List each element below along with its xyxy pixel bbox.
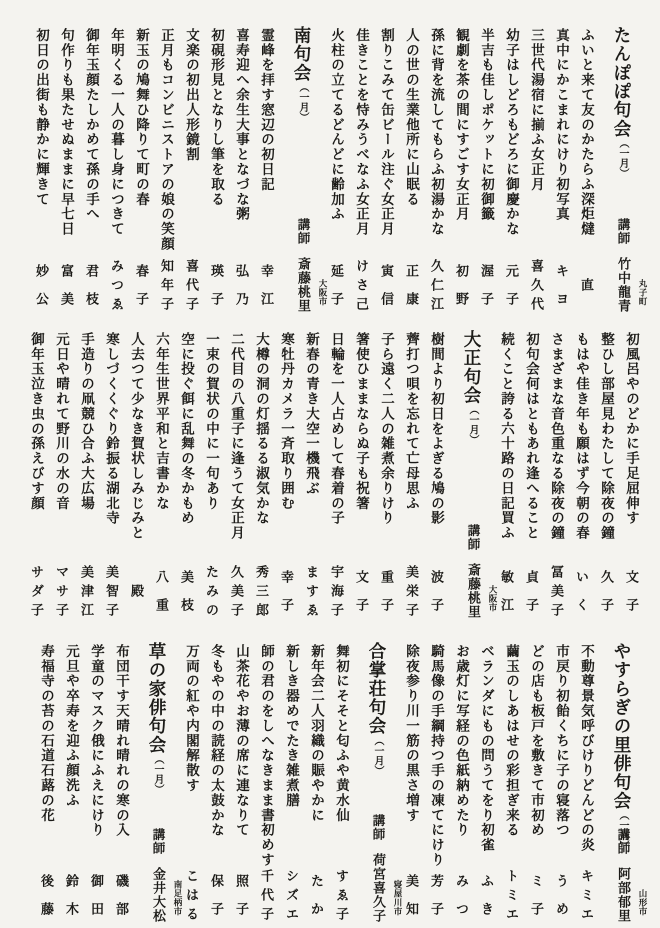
author-char: 芳 [424,874,449,887]
author-char: け [349,259,374,272]
author-name: うめ [549,866,574,923]
author-char: キ [549,264,574,277]
author-char: 子 [499,292,524,305]
author-name: たか [304,866,329,923]
author-name: キミエ [574,866,599,923]
teacher-gap [473,551,474,563]
author-char: み [449,874,474,887]
author-char: 子 [49,603,74,616]
author-char: 子 [224,603,249,616]
author-char: 枝 [79,292,104,305]
author-name: みつ [449,866,474,923]
author-char: 子 [204,292,229,305]
author-char: 直 [574,278,599,291]
month-label: （一月） [152,754,163,794]
author-name: 殿 [124,562,149,619]
haiku-column: 大樽の洞の灯揺るる淑気かな秀三郎 [249,330,274,620]
author-char: 美 [54,292,79,305]
haiku-column: 続くこと誇る六十路の日記買ふ敏江 [494,330,519,620]
author-char: 子 [374,598,399,611]
author-char: 敏 [494,570,519,583]
haiku-column: 冬もやの中の読経の太鼓かな保子 [204,642,229,924]
author-name: 後藤 [34,866,59,923]
author-name: ミ子 [524,866,549,923]
author-char: 富 [54,264,79,277]
author-char: み [199,584,224,597]
club-name: 合掌荘句会（一月） [363,642,391,776]
author-char: 智 [99,584,124,597]
teacher-gap [623,245,624,257]
author-name: けさ己 [349,256,374,313]
club-name: たんぽぽ句会（一月） [608,26,636,178]
club-name: 大正句会（一月） [458,330,486,445]
author-char: 久 [224,565,249,578]
haiku-column: 騎馬像の手綱持つ手の凍てにけり芳子 [424,642,449,924]
band-top: たんぽぽ句会（一月）講師竹中龍青丸子町ふいと来て友のかたらふ深炬燵直真中にかこま… [10,26,644,314]
author-name: 保子 [204,866,229,923]
haiku-column: 文楽の初出人形鏡割喜代子 [179,26,204,314]
section-header: 草の家俳句会（一月）講師金井大松南足柄市 [134,642,179,924]
author-char: 子 [619,598,644,611]
teacher-label: 講師 [296,218,310,245]
author-name: 千代子 [254,866,279,923]
author-char: め [549,902,574,915]
haiku-column: 半吉も佳しポケットに初御籤渥子 [474,26,499,314]
haiku-column: さまざまな音色重なる除夜の鐘冨美子 [544,330,569,620]
haiku-column: 六年生世界平和と吉書かな八重 [149,330,174,620]
author-char: ゑ [104,297,129,310]
author-char: 代 [179,278,204,291]
haiku-column: もはや佳き年も願はず今朝の春いく [569,330,594,620]
author-char: キ [574,869,599,882]
author-char: 子 [544,603,569,616]
haiku-column: 山茶花やお薄の席に連なりて照子 [229,642,254,924]
haiku-column: 人の世の生業他所に山眠る正康 [399,26,424,314]
author-name: 元子 [499,256,524,313]
haiku-column: 火柱の立てるどんどに齢加ふ延子 [324,26,349,314]
teacher-gap [303,245,304,257]
author-char: 栄 [399,584,424,597]
section-header: やすらぎの里俳句会（一月）講師阿部郁里山形市 [599,642,644,924]
author-char: 木 [59,902,84,915]
author-char: ヨ [549,292,574,305]
author-char: 三 [249,584,274,597]
haiku-column: 初句会何はともあれ逢へること貞子 [519,330,544,620]
author-char: ズ [279,888,304,901]
author-char: 子 [524,902,549,915]
author-name: 春子 [129,256,154,313]
teacher-name: 阿部郁里 [616,867,631,923]
haiku-column: 寿福寺の苔の石道石蕗の花後藤 [34,642,59,924]
haiku-column: どの店も板戸を敷きて市初めミ子 [524,642,549,924]
month-label: （一月） [467,405,478,445]
teacher-name: 竹中龍青 [616,257,631,313]
haiku-column: 二代目の八重子に逢うて女正月久美子 [224,330,249,620]
author-char: 公 [29,292,54,305]
haiku-column: 市戻り初飴くちに子の寝落つうめ [549,642,574,924]
teacher-name: 斎藤桃里 [296,257,311,313]
author-char: サ [49,584,74,597]
author-name: 知年子 [154,256,179,313]
location-label: 大阪市 [318,279,327,306]
author-char: 信 [374,292,399,305]
haiku-column: 元旦や卒寿を迎ふ顔洗ふ鈴木 [59,642,84,924]
location-label: 山形市 [638,889,647,916]
haiku-column: ふいと来て友のかたらふ深炬燵直 [574,26,599,314]
author-char: 江 [424,297,449,310]
haiku-column: 一束の賀状の中に一句ありたみの [199,330,224,620]
author-char: ミ [574,888,599,901]
author-name: 幸子 [274,562,299,619]
author-char: 田 [84,902,109,915]
author-name: 美津江 [74,562,99,619]
haiku-column: 喜寿迎へ余生大事となづな粥弘乃 [229,26,254,314]
teacher-name: 斎藤桃里 [466,563,481,619]
author-char: 代 [254,888,279,901]
author-name: マサ子 [49,562,74,619]
haiku-column: 子ら遠く二人の雑煮余りけり重子 [374,330,399,620]
author-char: 郎 [249,603,274,616]
author-name: ふき [474,866,499,923]
author-char: 喜 [524,259,549,272]
author-char: 乃 [229,292,254,305]
author-char: 枝 [174,598,199,611]
author-char: 久 [524,278,549,291]
teacher-line: 講師荷宮喜久子 [368,814,388,923]
teacher-label: 講師 [151,828,165,855]
teacher-line: 講師斎藤桃里 [293,218,313,313]
haiku-column: 御年玉泣き虫の孫えびす顔サダ子 [24,330,49,620]
author-char: ト [499,869,524,882]
newsletter-page: たんぽぽ句会（一月）講師竹中龍青丸子町ふいと来て友のかたらふ深炬燵直真中にかこま… [0,0,660,928]
author-name: 寅信 [374,256,399,313]
author-name: 幸江 [254,256,279,313]
author-name: 正康 [399,256,424,313]
author-char: 文 [619,570,644,583]
author-char: エ [574,907,599,920]
author-char: 子 [324,603,349,616]
author-name: 喜久代 [524,256,549,313]
author-char: 初 [449,264,474,277]
haiku-column: 元日や晴れて野川の水の音マサ子 [49,330,74,620]
location-label: 丸子町 [638,279,647,306]
author-char: 子 [274,598,299,611]
haiku-column: 三世代湯宿に揃ふ女正月喜久代 [524,26,549,314]
author-char: 仁 [424,278,449,291]
haiku-column: 寒牡丹カメラ一斉取り囲む幸子 [274,330,299,620]
location-label: 寝屋川市 [393,880,402,916]
author-name: 瑛子 [204,256,229,313]
author-char: 鈴 [59,874,84,887]
author-char: ダ [24,584,49,597]
haiku-column: 句作りも果たせぬままに早七日富美 [54,26,79,314]
author-char: さ [349,278,374,291]
author-char: 子 [399,603,424,616]
section-header: たんぽぽ句会（一月）講師竹中龍青丸子町 [599,26,644,314]
author-name: 渥子 [474,256,499,313]
haiku-column: 空に投ぐ餌に乱舞の冬かもめ美枝 [174,330,199,620]
author-char: 幸 [274,570,299,583]
author-char: 己 [349,297,374,310]
location-label: 大阪市 [488,585,497,612]
author-char: ふ [474,874,499,887]
author-name: 重子 [374,562,399,619]
author-name: 貞子 [519,562,544,619]
author-char: た [304,874,329,887]
author-char: シ [279,869,304,882]
haiku-column: 師の君のをしへなきまま書初めす千代子 [254,642,279,924]
haiku-column: 新しき器めでたき雑煮膳シズエ [279,642,304,924]
author-char: ゑ [329,888,354,901]
author-char: 秀 [249,565,274,578]
author-char: す [329,869,354,882]
author-char: 子 [24,603,49,616]
teacher-gap [623,855,624,867]
author-name: 宇海子 [324,562,349,619]
author-char: 代 [524,297,549,310]
author-char: 殿 [124,584,149,597]
author-name: 弘乃 [229,256,254,313]
haiku-column: 学童のマスク俄にふえにけり御田 [84,642,109,924]
teacher-gap [378,841,379,853]
author-name: ますゑ [299,562,324,619]
author-char: 子 [474,292,499,305]
author-char: 後 [34,874,59,887]
author-name: 八重 [149,562,174,619]
haiku-column: 寒しづくくぐり鈴振る湖北寺美智子 [99,330,124,620]
author-char: つ [104,278,129,291]
teacher-line: 講師斎藤桃里 [463,524,483,619]
author-char: 部 [109,902,134,915]
author-char: た [199,565,224,578]
author-char: 瑛 [204,264,229,277]
author-char: 春 [129,264,154,277]
haiku-column: 初風呂やのどかに手足屈伸す文子 [619,330,644,620]
author-name: 冨美子 [544,562,569,619]
author-char: き [474,902,499,915]
author-char: 保 [204,874,229,887]
haiku-column: 人去つて少なき賀状しみじみと殿 [124,330,149,620]
author-char: 久 [594,570,619,583]
author-char: う [549,874,574,887]
author-name: 直 [574,256,599,313]
author-char: 子 [179,297,204,310]
author-char: サ [24,565,49,578]
author-char: 冨 [544,565,569,578]
author-char: 津 [74,584,99,597]
teacher-line: 講師阿部郁里 [613,828,633,923]
section-header: 大正句会（一月）講師斎藤桃里大阪市 [449,330,494,620]
author-char: 子 [329,907,354,920]
haiku-column: 新年会二人羽織の賑やかにたか [304,642,329,924]
author-char: 子 [154,297,179,310]
haiku-column: 観劇を茶の間にすごす女正月初野 [449,26,474,314]
author-char: 子 [99,603,124,616]
author-name: トミエ [499,866,524,923]
club-name: やすらぎの里俳句会（一月） [608,642,636,850]
author-char: 美 [399,565,424,578]
author-char: す [299,584,324,597]
author-name: 美智子 [99,562,124,619]
author-char: 藤 [34,902,59,915]
author-char: 元 [499,264,524,277]
author-char: 康 [399,292,424,305]
author-name: 妙公 [29,256,54,313]
author-name: 鈴木 [59,866,84,923]
haiku-column: ベランダにもの問うてをり初雀ふき [474,642,499,924]
teacher-name: 金井大松 [151,867,166,923]
teacher-label: 講師 [466,524,480,551]
author-name: たみの [199,562,224,619]
author-name: キヨ [549,256,574,313]
author-name: 文子 [349,562,374,619]
author-char: 子 [349,598,374,611]
author-char: エ [499,907,524,920]
author-name: 御田 [84,866,109,923]
author-char: 重 [374,570,399,583]
author-name: 久仁江 [424,256,449,313]
haiku-column: お歳灯に写経の色紙納めたりみつ [449,642,474,924]
author-char: み [104,259,129,272]
haiku-column: 幼子はしどろもどろに御慶かな元子 [499,26,524,314]
author-name: 秀三郎 [249,562,274,619]
month-label: （一月） [297,82,308,122]
author-char: 江 [254,292,279,305]
author-char: 延 [324,264,349,277]
author-char: ま [299,565,324,578]
author-char: 子 [519,598,544,611]
teacher-name: 荷宮喜久子 [371,853,386,923]
author-char: 子 [424,902,449,915]
teacher-line: 講師金井大松 [148,828,168,923]
author-char: 御 [84,874,109,887]
author-name: 磯部 [109,866,134,923]
author-char: 子 [594,598,619,611]
author-char: ミ [499,888,524,901]
club-name: 南句会（一月） [288,26,316,122]
author-name: 君枝 [79,256,104,313]
author-char: 幸 [254,264,279,277]
author-char: 野 [449,292,474,305]
author-char: く [569,598,594,611]
author-char: い [569,570,594,583]
haiku-column: 御年玉顔たしかめて孫の手へ君枝 [79,26,104,314]
author-char: つ [449,902,474,915]
author-name: 久美子 [224,562,249,619]
author-name: 文子 [619,562,644,619]
haiku-column: 整ひし部屋見わたして除夜の鐘久子 [594,330,619,620]
author-char: 渥 [474,264,499,277]
location-label: 南足柄市 [173,880,182,916]
author-char: 千 [254,869,279,882]
band-bottom: やすらぎの里俳句会（一月）講師阿部郁里山形市不動尊景気呼びけりどんどの炎キミエ市… [10,642,644,924]
author-name: 波子 [424,562,449,619]
author-char: 照 [229,874,254,887]
author-name: サダ子 [24,562,49,619]
haiku-column: 正月もコンビニストアの娘の笑顔知年子 [154,26,179,314]
teacher-label: 講師 [616,828,630,855]
section-header: 合掌荘句会（一月）講師荷宮喜久子寝屋川市 [354,642,399,924]
author-name: みつゑ [104,256,129,313]
haiku-column: 繭玉のしあはせの彩担ぎ来るトミエ [499,642,524,924]
teacher-gap [158,855,159,867]
author-char: 妙 [29,264,54,277]
author-char: ゑ [299,603,324,616]
author-name: 照子 [229,866,254,923]
author-char: 子 [424,598,449,611]
haiku-column: 割りこみて缶ビール注ぐ女正月寅信 [374,26,399,314]
author-name: いく [569,562,594,619]
author-char: の [199,603,224,616]
author-char: か [304,902,329,915]
teacher-line: 講師竹中龍青 [613,218,633,313]
club-name: 草の家俳句会（一月） [143,642,171,794]
haiku-column: 不動尊景気呼びけりどんどの炎キミエ [574,642,599,924]
author-char: 子 [204,902,229,915]
author-char: 磯 [109,874,134,887]
haiku-column: 真中にかこまれにけり初写真キヨ [549,26,574,314]
haiku-column: 薺打つ唄を忘れて亡母思ふ美栄子 [399,330,424,620]
author-char: 宇 [324,565,349,578]
author-char: 美 [99,565,124,578]
author-name: 美枝 [174,562,199,619]
author-char: 知 [154,259,179,272]
author-char: 文 [349,570,374,583]
author-name: 富美 [54,256,79,313]
author-char: 重 [149,598,174,611]
author-char: 子 [129,292,154,305]
author-char: 美 [74,565,99,578]
author-name: すゑ子 [329,866,354,923]
author-name: 喜代子 [179,256,204,313]
author-char: 年 [154,278,179,291]
author-char: 君 [79,264,104,277]
month-label: （一月） [617,138,628,178]
author-char: 子 [254,907,279,920]
haiku-column: 日輪を一人占めして春着の子宇海子 [324,330,349,620]
haiku-column: 霊峰を拝す窓辺の初日記幸江 [254,26,279,314]
haiku-column: 手造りの凧競ひ合ふ大広場美津江 [74,330,99,620]
author-char: 八 [149,570,174,583]
author-char: 喜 [179,259,204,272]
month-label: （一月） [372,736,383,776]
author-char: 波 [424,570,449,583]
author-char: マ [49,565,74,578]
haiku-column: 舞初にそそと匂ふや黄水仙すゑ子 [329,642,354,924]
band-middle: 初風呂やのどかに手足屈伸す文子整ひし部屋見わたして除夜の鐘久子もはや佳き年も願は… [10,330,644,620]
author-char: 江 [74,603,99,616]
author-char: 貞 [519,570,544,583]
author-name: 久子 [594,562,619,619]
author-char: 弘 [229,264,254,277]
haiku-column: 新春の青き大空一機飛ぶますゑ [299,330,324,620]
haiku-column: 布団干す天晴れ晴れの寒の入磯部 [109,642,134,924]
haiku-column: 年明くる一人の暮し身につきてみつゑ [104,26,129,314]
haiku-column: 孫に背を流してもらふ初湯かな久仁江 [424,26,449,314]
haiku-column: 佳きことを恃みうべなふ女正月けさ己 [349,26,374,314]
author-char: ミ [524,874,549,887]
author-char: 子 [229,902,254,915]
author-char: 海 [324,584,349,597]
teacher-label: 講師 [371,814,385,841]
section-header: 南句会（一月）講師斎藤桃里大阪市 [279,26,324,314]
haiku-column: 樹間より初日をよぎる鳩の影波子 [424,330,449,620]
author-name: 初野 [449,256,474,313]
author-char: 美 [544,584,569,597]
teacher-label: 講師 [616,218,630,245]
author-name: シズエ [279,866,304,923]
author-char: 久 [424,259,449,272]
